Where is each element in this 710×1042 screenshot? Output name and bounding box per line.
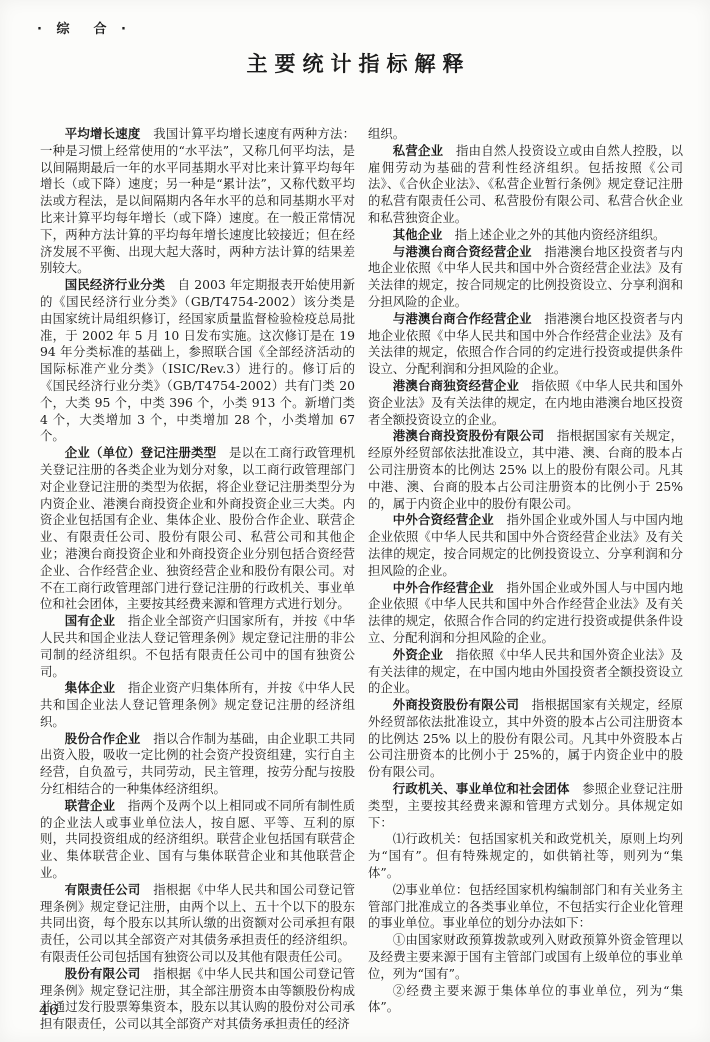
definition-paragraph: 集体企业 指企业资产归集体所有，并按《中华人民共和国企业法人登记管理条例》规定登…: [40, 680, 355, 730]
term-label: 港澳台商投资股份有限公司: [393, 428, 557, 443]
definition-paragraph: 股份合作企业 指以合作制为基础，由企业职工共同出资入股，吸收一定比例的社会资产投…: [40, 731, 355, 798]
definition-paragraph: 私营企业 指由自然人投资设立或由自然人控股，以雇佣劳动为基础的营利性经济组织。包…: [368, 143, 683, 227]
definition-paragraph: 港澳台商投资股份有限公司 指根据国家有关规定，经原外经贸部依法批准设立，其中港、…: [368, 428, 683, 512]
term-label: 外商投资股份有限公司: [393, 697, 532, 712]
term-label: 港澳台商独资经营企业: [393, 378, 532, 393]
term-label: 中外合资经营企业: [393, 512, 507, 527]
term-label: 集体企业: [65, 680, 128, 695]
definition-paragraph: 中外合作经营企业 指外国企业或外国人与中国内地企业依照《中华人民共和国中外合作经…: [368, 580, 683, 647]
definition-paragraph: ①由国家财政预算拨款或列入财政预算外资金管理以及经费主要来源于国有主管部门或国有…: [368, 932, 683, 982]
definition-paragraph: 其他企业 指上述企业之外的其他内资经济组织。: [368, 227, 683, 244]
definition-text: ⑵事业单位：包括经国家机构编制部门和有关业务主管部门批准成立的各类事业单位，不包…: [368, 882, 683, 931]
term-label: 股份有限公司: [65, 966, 153, 981]
definition-paragraph: 行政机关、事业单位和社会团体 参照企业登记注册类型，主要按其经费来源和管理方式划…: [368, 781, 683, 831]
term-label: 企业（单位）登记注册类型: [65, 445, 229, 460]
term-label: 与港澳台商合作经营企业: [393, 311, 545, 326]
definition-paragraph: 国有企业 指企业全部资产归国家所有，并按《中华人民共和国企业法人登记管理条例》规…: [40, 613, 355, 680]
definition-paragraph: 中外合资经营企业 指外国企业或外国人与中国内地企业依照《中华人民共和国中外合资经…: [368, 512, 683, 579]
left-column: 平均增长速度 我国计算平均增长速度有两种方法：一种是习惯上经常使用的“水平法”，…: [40, 126, 355, 1033]
definition-paragraph: ②经费主要来源于集体单位的事业单位，列为“集体”。: [368, 983, 683, 1017]
definition-text: ⑴行政机关：包括国家机关和政党机关，原则上均列为“国有”。但有特殊规定的，如供销…: [368, 831, 683, 880]
document-page: · 综 合 · 主要统计指标解释 平均增长速度 我国计算平均增长速度有两种方法：…: [0, 0, 710, 1042]
term-label: 国有企业: [65, 613, 128, 628]
definition-paragraph: 平均增长速度 我国计算平均增长速度有两种方法：一种是习惯上经常使用的“水平法”，…: [40, 126, 355, 277]
term-label: 外资企业: [393, 647, 456, 662]
definition-paragraph: 联营企业 指两个及两个以上相同或不同所有制性质的企业法人或事业单位法人，按自愿、…: [40, 798, 355, 882]
term-label: 平均增长速度: [65, 126, 153, 141]
section-label: · 综 合 ·: [37, 18, 131, 37]
term-label: 行政机关、事业单位和社会团体: [393, 781, 582, 796]
term-label: 中外合作经营企业: [393, 580, 507, 595]
term-label: 联营企业: [65, 798, 128, 813]
definition-text: 指上述企业之外的其他内资经济组织。: [455, 227, 666, 242]
definition-paragraph: 外资企业 指依照《中华人民共和国外资企业法》及有关法律的规定，在中国内地由外国投…: [368, 647, 683, 697]
definition-paragraph: ⑴行政机关：包括国家机关和政党机关，原则上均列为“国有”。但有特殊规定的，如供销…: [368, 831, 683, 881]
definition-text: 是以在工商行政管理机关登记注册的各类企业为划分对象，以工商行政管理部门对企业登记…: [40, 445, 355, 611]
definition-paragraph: 企业（单位）登记注册类型 是以在工商行政管理机关登记注册的各类企业为划分对象，以…: [40, 445, 355, 613]
term-label: 私营企业: [393, 143, 456, 158]
definition-paragraph: 港澳台商独资经营企业 指依照《中华人民共和国外资企业法》及有关法律的规定，在内地…: [368, 378, 683, 428]
definition-paragraph: 与港澳台商合资经营企业 指港澳台地区投资者与内地企业依照《中华人民共和国中外合资…: [368, 244, 683, 311]
definition-text: ②经费主要来源于集体单位的事业单位，列为“集体”。: [368, 983, 683, 1015]
definition-paragraph: 组织。: [368, 126, 683, 143]
definition-text: 自 2003 年定期报表开始使用新的《国民经济行业分类》（GB/T4754-20…: [40, 277, 355, 443]
definition-paragraph: 股份有限公司 指根据《中华人民共和国公司登记管理条例》规定登记注册，其全部注册资…: [40, 966, 355, 1033]
right-column: 组织。 私营企业 指由自然人投资设立或由自然人控股，以雇佣劳动为基础的营利性经济…: [368, 126, 683, 1016]
definition-paragraph: 与港澳台商合作经营企业 指港澳台地区投资者与内地企业依照《中华人民共和国中外合作…: [368, 311, 683, 378]
definition-paragraph: 有限责任公司 指根据《中华人民共和国公司登记管理条例》规定登记注册，由两个以上、…: [40, 882, 355, 966]
term-label: 股份合作企业: [65, 731, 153, 746]
page-title: 主要统计指标解释: [0, 48, 710, 78]
term-label: 国民经济行业分类: [65, 277, 178, 292]
definition-text: 我国计算平均增长速度有两种方法：一种是习惯上经常使用的“水平法”，又称几何平均法…: [40, 126, 355, 275]
definition-paragraph: 国民经济行业分类 自 2003 年定期报表开始使用新的《国民经济行业分类》（GB…: [40, 277, 355, 445]
definition-paragraph: ⑵事业单位：包括经国家机构编制部门和有关业务主管部门批准成立的各类事业单位，不包…: [368, 882, 683, 932]
term-label: 有限责任公司: [65, 882, 153, 897]
definition-text: ①由国家财政预算拨款或列入财政预算外资金管理以及经费主要来源于国有主管部门或国有…: [368, 932, 683, 981]
term-label: 其他企业: [393, 227, 455, 242]
text-columns: 平均增长速度 我国计算平均增长速度有两种方法：一种是习惯上经常使用的“水平法”，…: [40, 126, 684, 1033]
page-number: 46: [39, 1001, 59, 1019]
term-label: 与港澳台商合资经营企业: [393, 244, 545, 259]
definition-paragraph: 外商投资股份有限公司 指根据国家有关规定，经原外经贸部依法批准设立，其中外资的股…: [368, 697, 683, 781]
definition-text: 组织。: [368, 126, 405, 141]
